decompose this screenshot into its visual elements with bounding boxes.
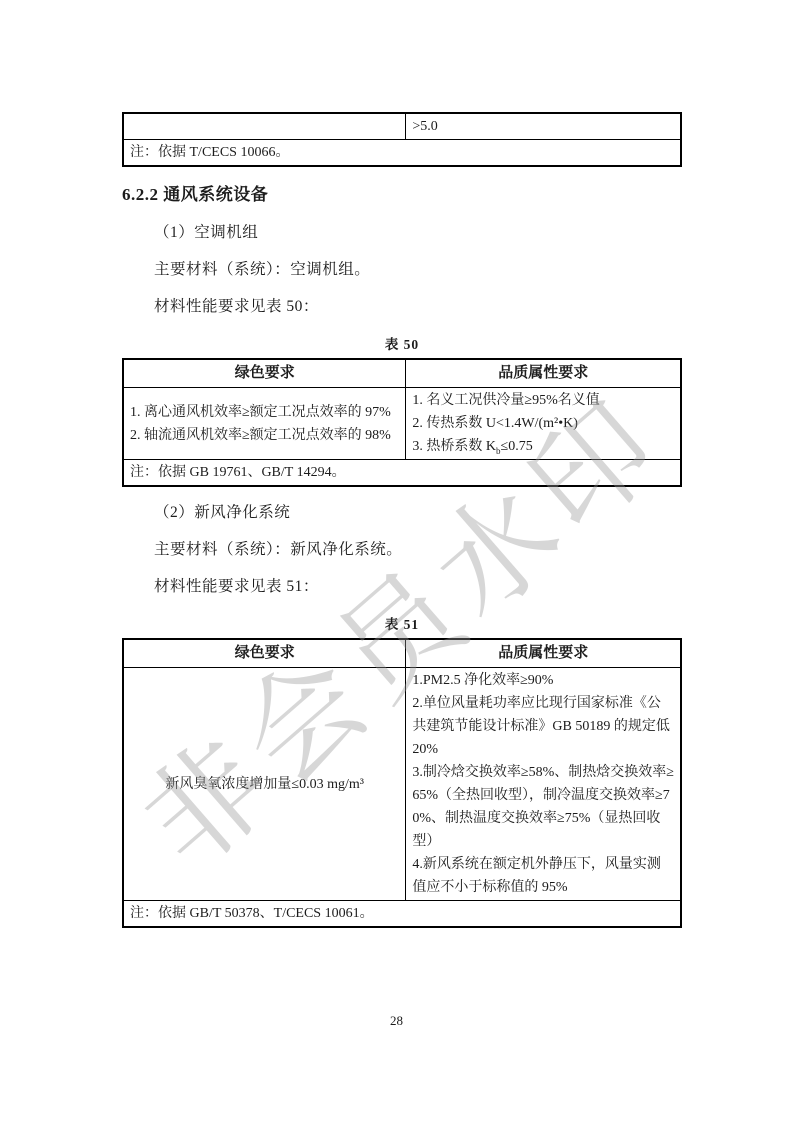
- table-note-row: 注：依据 GB/T 50378、T/CECS 10061。: [123, 901, 681, 928]
- quality-requirements-cell: 1.PM2.5 净化效率≥90% 2.单位风量耗功率应比现行国家标准《公共建筑节…: [406, 668, 681, 901]
- quality-item: 1.PM2.5 净化效率≥90%: [412, 669, 674, 692]
- quality-item: 1. 名义工况供冷量≥95%名义值: [412, 389, 674, 412]
- value-cell: >5.0: [406, 113, 681, 140]
- quality-item: 2. 传热系数 U<1.4W/(m²•K): [412, 412, 674, 435]
- quality-item-suffix: ≤0.75: [501, 439, 533, 454]
- quality-requirements-cell: 1. 名义工况供冷量≥95%名义值 2. 传热系数 U<1.4W/(m²•K) …: [406, 388, 681, 460]
- table-note-row: 注：依据 GB 19761、GB/T 14294。: [123, 460, 681, 487]
- header-quality-requirements: 品质属性要求: [406, 639, 681, 668]
- section-heading: 6.2.2 通风系统设备: [122, 183, 682, 207]
- quality-item: 2.单位风量耗功率应比现行国家标准《公共建筑节能设计标准》GB 50189 的规…: [412, 692, 674, 761]
- table-row: >5.0: [123, 113, 681, 140]
- table-caption-51: 表 51: [122, 613, 682, 633]
- table-note: 注：依据 GB 19761、GB/T 14294。: [123, 460, 681, 487]
- requirement-line-aircon: 材料性能要求见表 50：: [122, 296, 682, 318]
- table-note: 注：依据 T/CECS 10066。: [123, 140, 681, 167]
- table-51: 绿色要求 品质属性要求 新风臭氧浓度增加量≤0.03 mg/m³ 1.PM2.5…: [122, 638, 682, 928]
- table-caption-50: 表 50: [122, 333, 682, 353]
- green-item: 1. 离心通风机效率≥额定工况点效率的 97%: [130, 401, 399, 424]
- table-note: 注：依据 GB/T 50378、T/CECS 10061。: [123, 901, 681, 928]
- table-data-row: 1. 离心通风机效率≥额定工况点效率的 97% 2. 轴流通风机效率≥额定工况点…: [123, 388, 681, 460]
- material-line-aircon: 主要材料（系统）：空调机组。: [122, 259, 682, 281]
- quality-item: 4.新风系统在额定机外静压下，风量实测值应不小于标称值的 95%: [412, 853, 674, 899]
- material-line-freshair: 主要材料（系统）：新风净化系统。: [122, 539, 682, 561]
- table-50: 绿色要求 品质属性要求 1. 离心通风机效率≥额定工况点效率的 97% 2. 轴…: [122, 358, 682, 487]
- table-fragment-top: >5.0 注：依据 T/CECS 10066。: [122, 112, 682, 167]
- header-green-requirements: 绿色要求: [123, 359, 406, 388]
- requirement-line-freshair: 材料性能要求见表 51：: [122, 576, 682, 598]
- quality-item: 3.制冷焓交换效率≥58%、制热焓交换效率≥65%（全热回收型），制冷温度交换效…: [412, 761, 674, 853]
- quality-item-prefix: 3. 热桥系数 K: [412, 439, 496, 454]
- green-requirements-cell: 1. 离心通风机效率≥额定工况点效率的 97% 2. 轴流通风机效率≥额定工况点…: [123, 388, 406, 460]
- document-page: 非会员水印 >5.0 注：依据 T/CECS 10066。 6.2.2 通风系统…: [0, 0, 793, 1122]
- page-number: 28: [0, 1013, 793, 1029]
- item-title-aircon: （1）空调机组: [122, 222, 682, 244]
- header-quality-requirements: 品质属性要求: [406, 359, 681, 388]
- empty-cell: [123, 113, 406, 140]
- header-green-requirements: 绿色要求: [123, 639, 406, 668]
- table-data-row: 新风臭氧浓度增加量≤0.03 mg/m³ 1.PM2.5 净化效率≥90% 2.…: [123, 668, 681, 901]
- table-header-row: 绿色要求 品质属性要求: [123, 359, 681, 388]
- green-requirements-cell: 新风臭氧浓度增加量≤0.03 mg/m³: [123, 668, 406, 901]
- green-item: 2. 轴流通风机效率≥额定工况点效率的 98%: [130, 424, 399, 447]
- page-content: >5.0 注：依据 T/CECS 10066。 6.2.2 通风系统设备 （1）…: [122, 112, 682, 928]
- item-title-freshair: （2）新风净化系统: [122, 502, 682, 524]
- table-header-row: 绿色要求 品质属性要求: [123, 639, 681, 668]
- quality-item: 3. 热桥系数 Kb≤0.75: [412, 435, 674, 458]
- table-row: 注：依据 T/CECS 10066。: [123, 140, 681, 167]
